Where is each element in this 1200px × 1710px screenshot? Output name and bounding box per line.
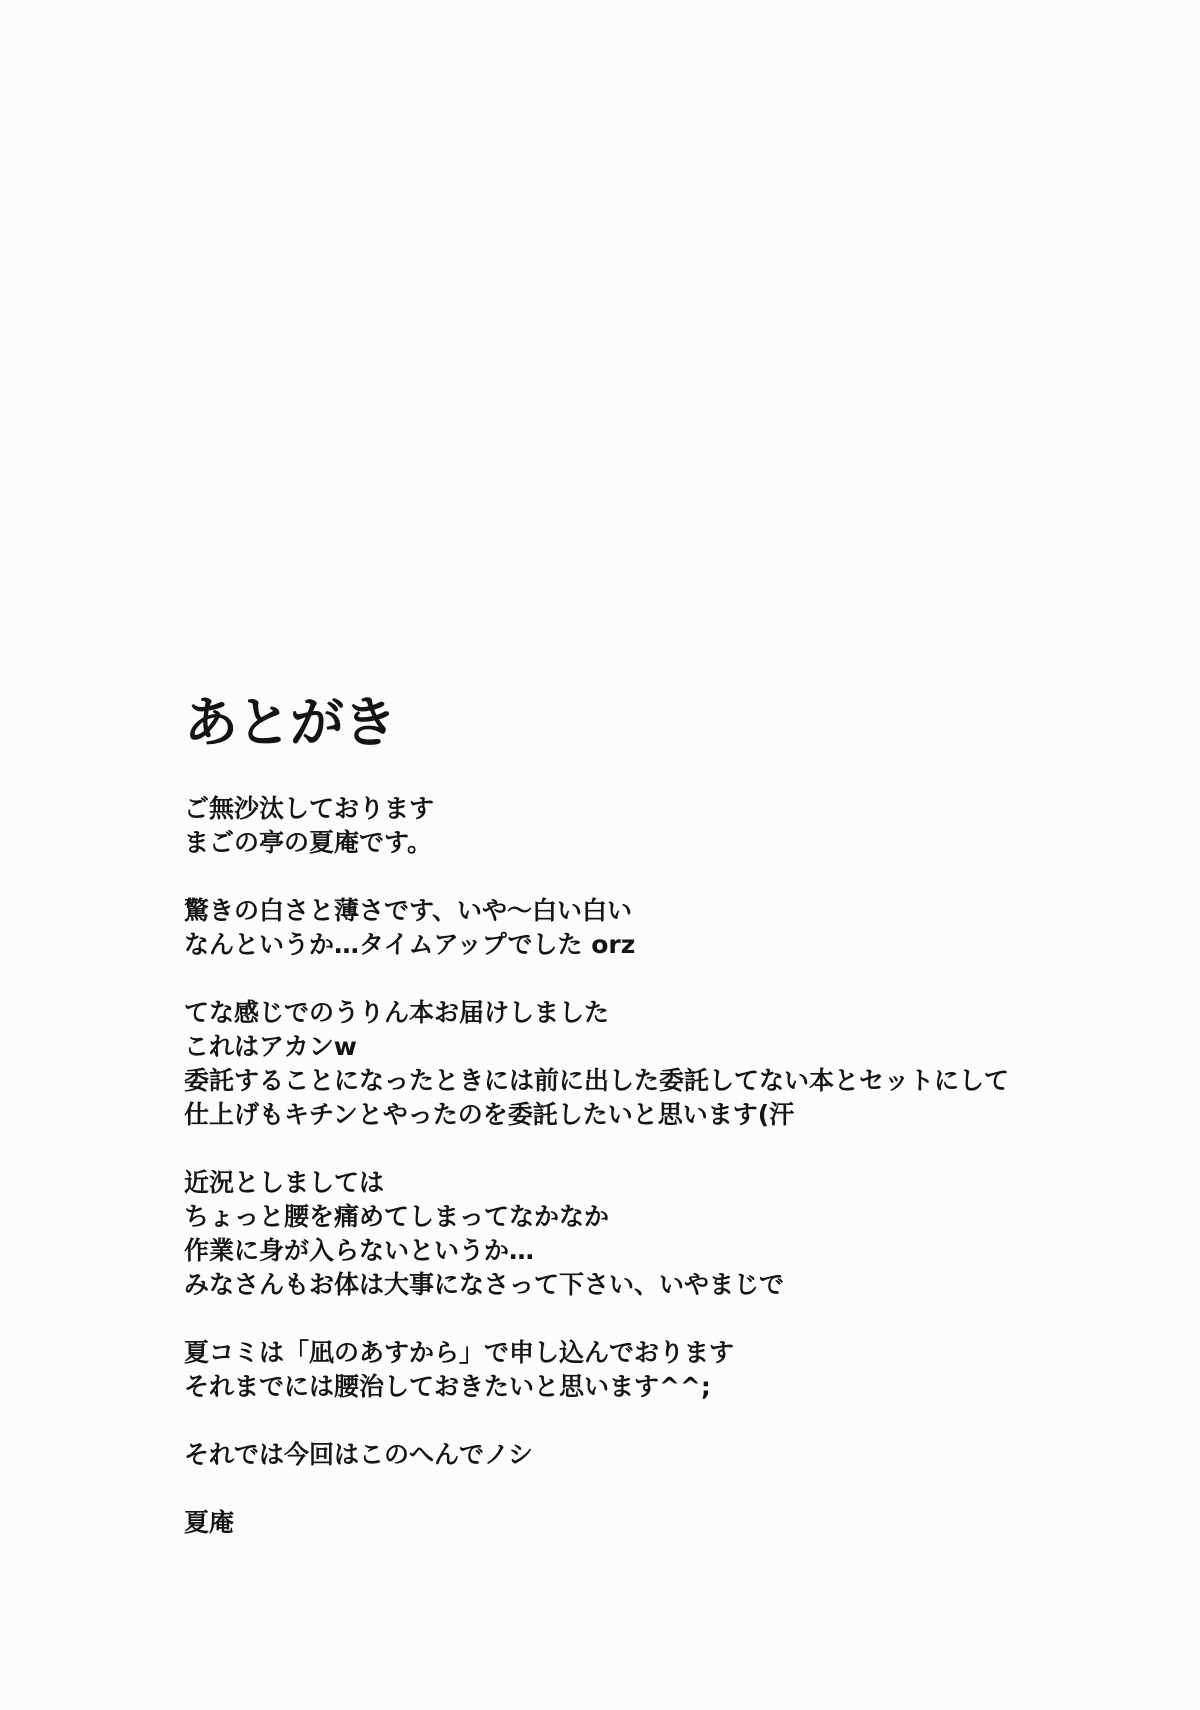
text-line: これはアカンw <box>184 1030 1160 1064</box>
paragraph-book-notes: てな感じでのうりん本お届けしました これはアカンw 委託することになったときには… <box>184 996 1160 1132</box>
text-line: 夏コミは「凪のあすから」で申し込んでおります <box>184 1336 1160 1370</box>
text-line: それまでには腰治しておきたいと思います^^; <box>184 1370 1160 1404</box>
text-line: 驚きの白さと薄さです、いや～白い白い <box>184 894 1160 928</box>
text-line: それでは今回はこのへんでノシ <box>184 1438 1160 1472</box>
text-line: みなさんもお体は大事になさって下さい、いやまじで <box>184 1268 1160 1302</box>
afterword-page: あとがき ご無沙汰しております まごの亭の夏庵です。 驚きの白さと薄さです、いや… <box>0 0 1200 1710</box>
paragraph-greeting: ご無沙汰しております まごの亭の夏庵です。 <box>184 792 1160 860</box>
text-line: てな感じでのうりん本お届けしました <box>184 996 1160 1030</box>
text-line: ちょっと腰を痛めてしまってなかなか <box>184 1200 1160 1234</box>
paragraph-summer-comiket: 夏コミは「凪のあすから」で申し込んでおります それまでには腰治しておきたいと思い… <box>184 1336 1160 1404</box>
text-line: 作業に身が入らないというか… <box>184 1234 1160 1268</box>
signature: 夏庵 <box>184 1506 1160 1540</box>
paragraph-apology: 驚きの白さと薄さです、いや～白い白い なんというか…タイムアップでした orz <box>184 894 1160 962</box>
paragraph-recent-status: 近況としましては ちょっと腰を痛めてしまってなかなか 作業に身が入らないというか… <box>184 1166 1160 1302</box>
paragraph-closing: それでは今回はこのへんでノシ <box>184 1438 1160 1472</box>
afterword-heading: あとがき <box>184 694 1160 752</box>
text-line: まごの亭の夏庵です。 <box>184 826 1160 860</box>
text-line: 仕上げもキチンとやったのを委託したいと思います(汗 <box>184 1098 1160 1132</box>
text-line: 委託することになったときには前に出した委託してない本とセットにして <box>184 1064 1160 1098</box>
text-line: 近況としましては <box>184 1166 1160 1200</box>
text-line: なんというか…タイムアップでした orz <box>184 928 1160 962</box>
text-line: ご無沙汰しております <box>184 792 1160 826</box>
afterword-content: あとがき ご無沙汰しております まごの亭の夏庵です。 驚きの白さと薄さです、いや… <box>184 694 1160 1540</box>
